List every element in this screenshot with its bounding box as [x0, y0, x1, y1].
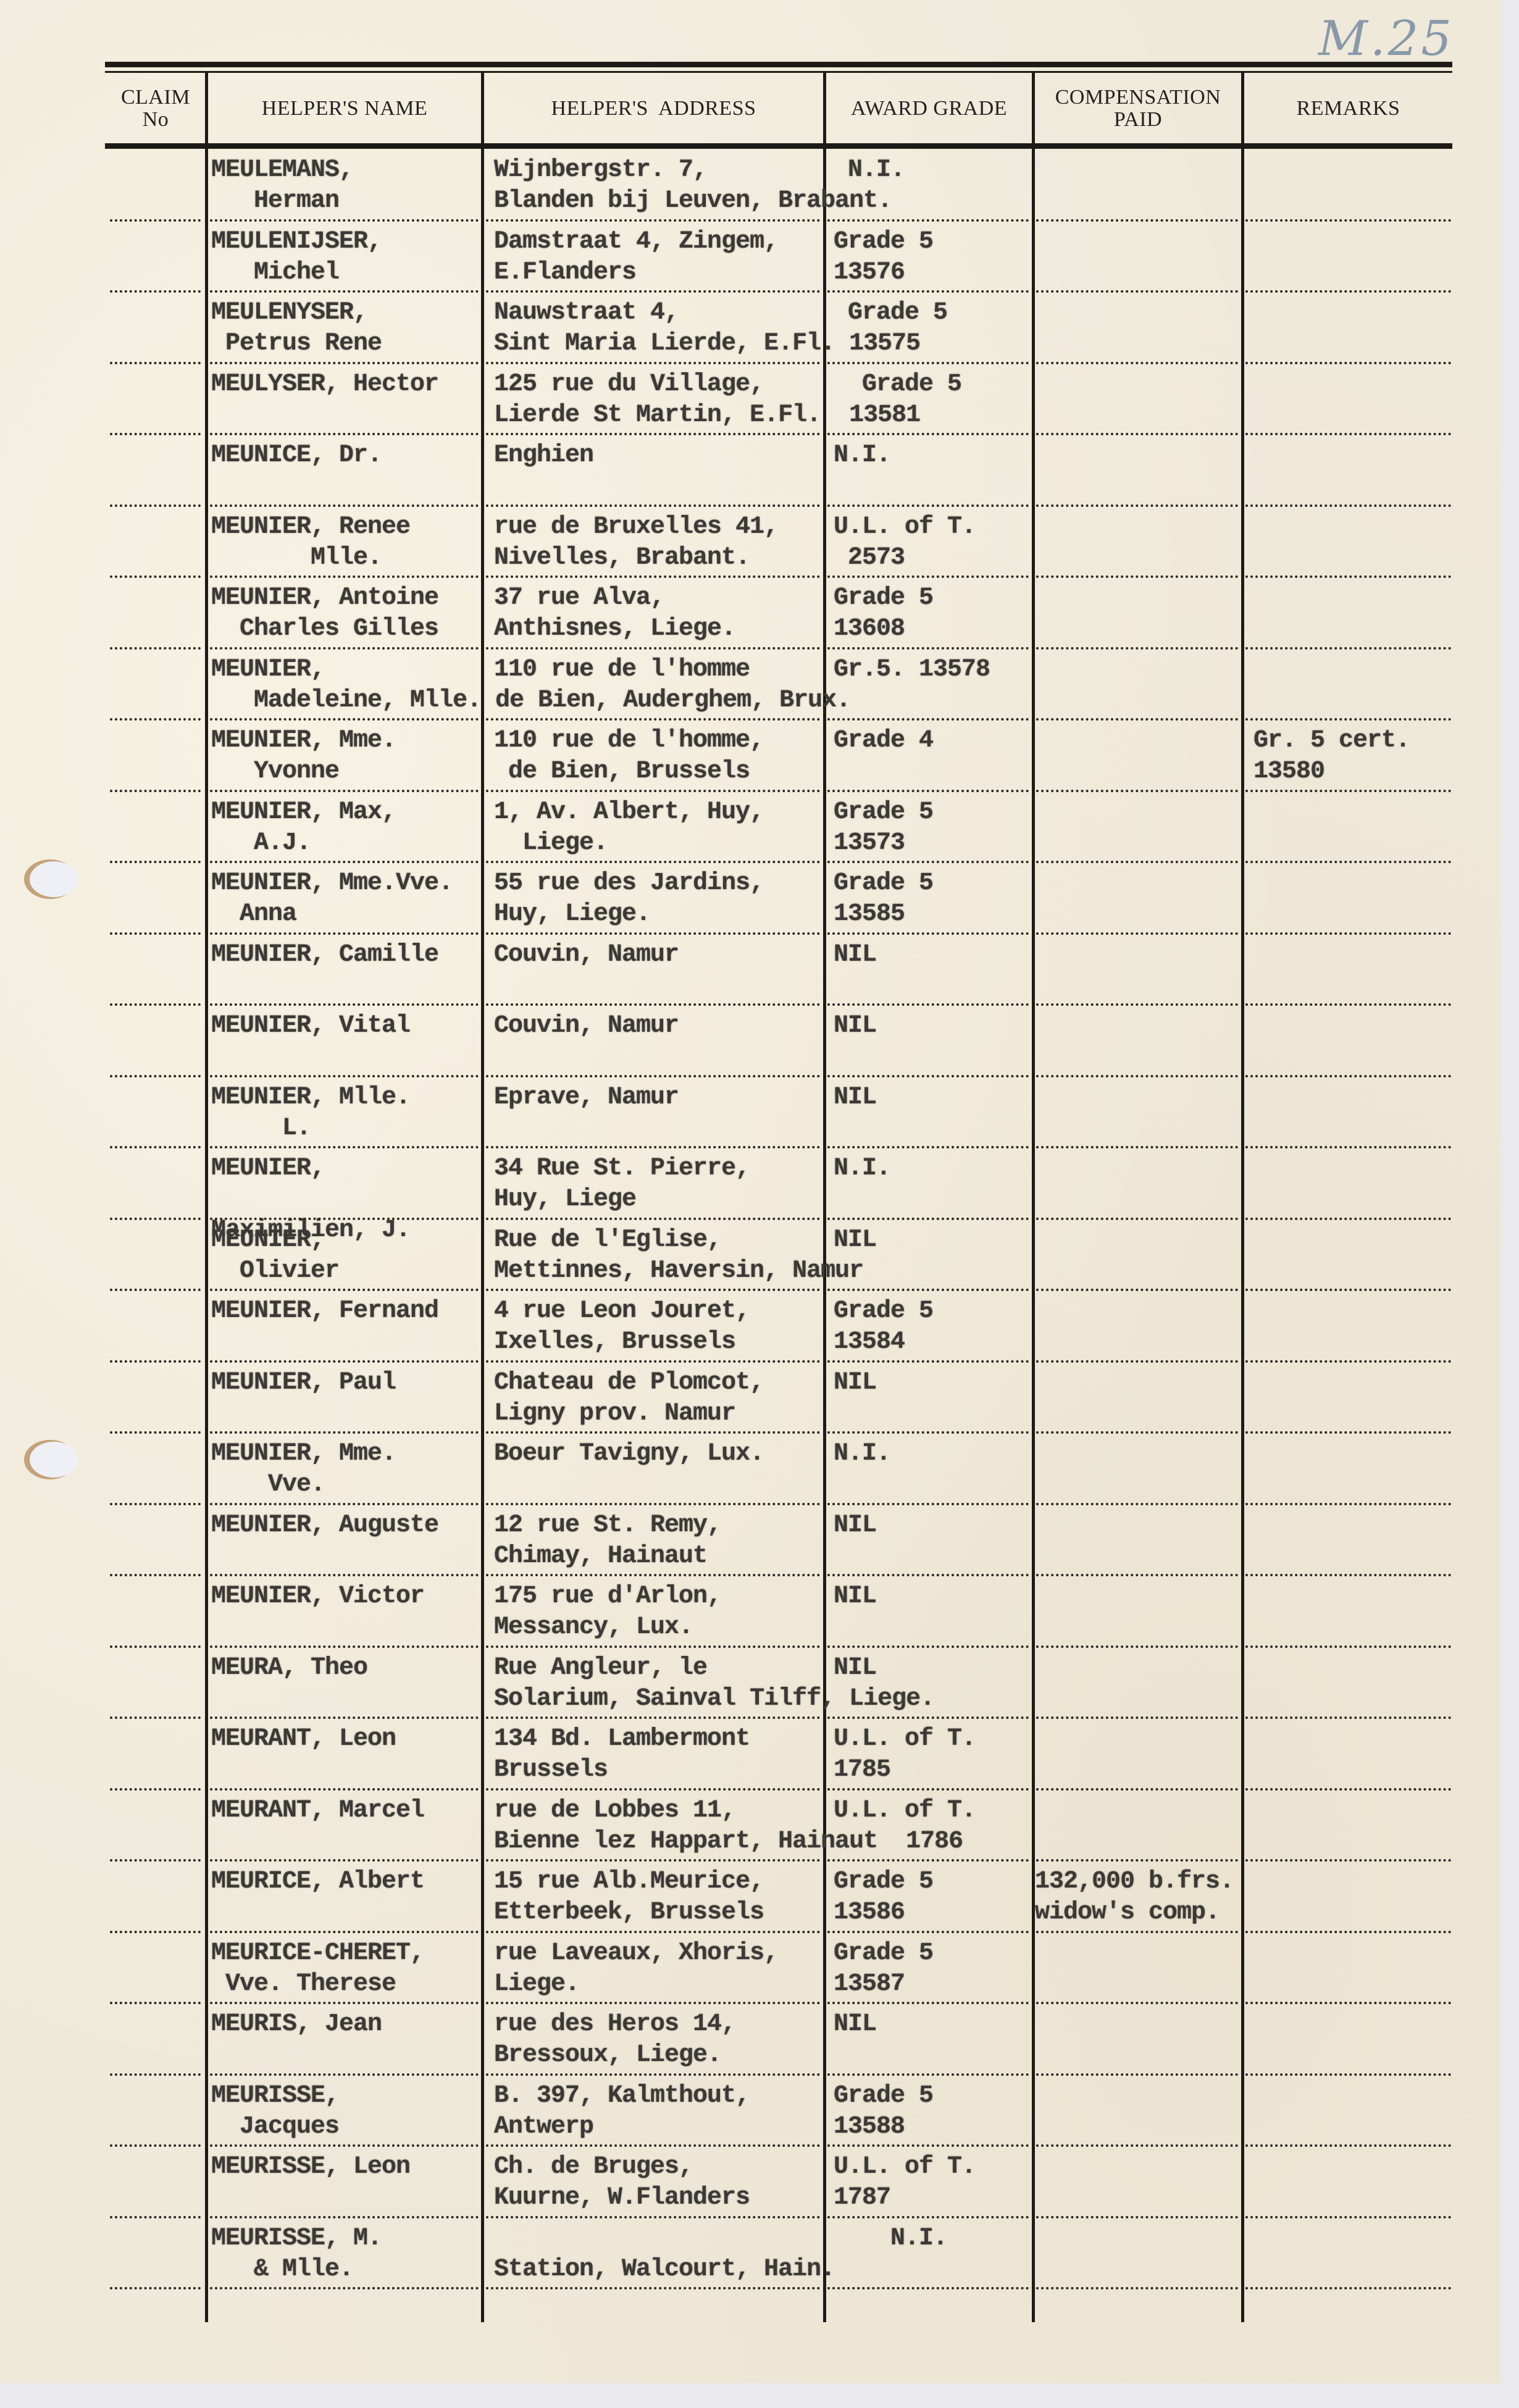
row-divider	[1036, 1645, 1238, 1648]
remarks: Gr. 5 cert. 13580	[1253, 725, 1410, 787]
row-divider	[486, 2073, 820, 2076]
row-divider	[210, 861, 479, 863]
row-divider	[827, 1218, 1029, 1220]
row-divider	[1036, 1146, 1238, 1148]
row-divider	[210, 1003, 479, 1006]
helper-address: Rue de l'Eglise, Mettinnes, Haversin, Na…	[494, 1225, 863, 1287]
row-divider	[827, 861, 1029, 863]
header-remarks: REMARKS	[1244, 74, 1452, 143]
helper-name: MEURISSE, Jacques	[211, 2081, 339, 2143]
column-divider	[1241, 72, 1244, 2322]
row-divider	[110, 718, 201, 721]
row-divider	[1036, 1360, 1238, 1363]
row-divider	[1036, 362, 1238, 364]
row-divider	[1245, 1003, 1451, 1006]
sheet-reference: M.25	[1318, 11, 1454, 67]
helper-address: Wijnbergstr. 7, Blanden bij Leuven, Brab…	[494, 155, 892, 217]
award-grade: N.I.	[834, 440, 890, 471]
helper-name: MEUNIER, Camille	[211, 940, 438, 971]
helper-name: MEUNIER, Victor	[211, 1581, 424, 1612]
award-grade: N.I.	[834, 1439, 890, 1469]
helper-address: Station, Walcourt, Hain.	[494, 2223, 835, 2285]
row-divider	[486, 219, 820, 222]
helper-address: 134 Bd. Lambermont Brussels	[494, 1724, 750, 1786]
row-divider	[210, 1146, 479, 1148]
award-grade: Grade 4	[834, 725, 933, 756]
helper-address: rue Laveaux, Xhoris, Liege.	[494, 1938, 778, 2000]
helper-name: MEURICE, Albert	[211, 1867, 424, 1897]
helper-name: MEUNIER, Renee Mlle.	[211, 512, 410, 574]
helper-address: Couvin, Namur	[494, 1011, 679, 1042]
row-divider	[1245, 861, 1451, 863]
row-divider	[1036, 647, 1238, 650]
row-divider	[1036, 433, 1238, 435]
row-divider	[1036, 2002, 1238, 2004]
row-divider	[110, 2287, 201, 2289]
header-bottom-rule	[105, 143, 1452, 149]
column-divider	[205, 72, 208, 2322]
helper-address: 175 rue d'Arlon, Messancy, Lux.	[494, 1581, 721, 1643]
row-divider	[827, 790, 1029, 792]
row-divider	[1245, 1075, 1451, 1077]
row-divider	[1036, 2287, 1238, 2289]
row-divider	[110, 1931, 201, 1933]
helper-name: MEULENIJSER, Michel	[211, 227, 382, 288]
row-divider	[1245, 718, 1451, 721]
helper-address: 12 rue St. Remy, Chimay, Hainaut	[494, 1510, 721, 1572]
helper-address: Ch. de Bruges, Kuurne, W.Flanders	[494, 2152, 750, 2214]
row-divider	[1036, 1859, 1238, 1862]
row-divider	[1036, 504, 1238, 507]
row-divider	[827, 1859, 1029, 1862]
row-divider	[1036, 1931, 1238, 1933]
row-divider	[1245, 647, 1451, 650]
row-divider	[827, 433, 1029, 435]
row-divider	[210, 1431, 479, 1434]
helper-name: MEUNIER, Mme. Yvonne	[211, 725, 396, 787]
row-divider	[486, 1931, 820, 1933]
row-divider	[1036, 1003, 1238, 1006]
row-divider	[1245, 790, 1451, 792]
punch-hole	[30, 861, 78, 897]
row-divider	[110, 790, 201, 792]
row-divider	[486, 433, 820, 435]
helper-name: MEUNIER, Antoine Charles Gilles	[211, 583, 438, 645]
row-divider	[486, 1003, 820, 1006]
helper-name: MEUNIER, Paul	[211, 1368, 396, 1398]
row-divider	[1036, 932, 1238, 935]
row-divider	[827, 504, 1029, 507]
row-divider	[827, 290, 1029, 293]
row-divider	[827, 1146, 1029, 1148]
row-divider	[210, 1716, 479, 1719]
award-grade: NIL	[834, 1225, 876, 1256]
row-divider	[1036, 2144, 1238, 2147]
row-divider	[1245, 433, 1451, 435]
award-grade: NIL	[834, 1510, 876, 1541]
header-compensation-paid: COMPENSATION PAID	[1035, 74, 1241, 143]
column-divider	[1032, 72, 1035, 2322]
row-divider	[210, 1931, 479, 1933]
row-divider	[827, 219, 1029, 222]
punch-hole	[30, 1442, 78, 1478]
row-divider	[827, 932, 1029, 935]
row-divider	[110, 504, 201, 507]
row-divider	[827, 1431, 1029, 1434]
row-divider	[210, 433, 479, 435]
award-grade: NIL	[834, 1368, 876, 1398]
helper-name: MEUNIER, Auguste	[211, 1510, 438, 1541]
header-claim-no: CLAIM No	[106, 74, 205, 143]
helper-address: 34 Rue St. Pierre, Huy, Liege	[494, 1153, 750, 1215]
award-grade: NIL	[834, 1581, 876, 1612]
row-divider	[1036, 1574, 1238, 1576]
award-grade: Grade 5 13588	[834, 2081, 933, 2143]
award-grade: Grade 5 13587	[834, 1938, 933, 2000]
row-divider	[486, 1503, 820, 1505]
helper-address: Enghien	[494, 440, 593, 471]
row-divider	[210, 932, 479, 935]
row-divider	[1245, 1788, 1451, 1791]
row-divider	[486, 362, 820, 364]
award-grade: N.I.	[834, 2223, 947, 2254]
row-divider	[827, 575, 1029, 578]
row-divider	[1036, 1218, 1238, 1220]
award-grade: Gr.5. 13578	[834, 654, 990, 685]
helper-address: Damstraat 4, Zingem, E.Flanders	[494, 227, 778, 288]
helper-name: MEUNIER, Mme. Vve.	[211, 1439, 396, 1500]
row-divider	[827, 1075, 1029, 1077]
row-divider	[486, 932, 820, 935]
row-divider	[1245, 290, 1451, 293]
award-grade: NIL	[834, 1653, 876, 1684]
row-divider	[827, 2287, 1029, 2289]
row-divider	[110, 1431, 201, 1434]
helper-name: MEUNIER, Fernand	[211, 1296, 438, 1327]
helper-name: MEURA, Theo	[211, 1653, 367, 1684]
row-divider	[486, 1716, 820, 1719]
row-divider	[827, 1645, 1029, 1648]
row-divider	[1036, 1788, 1238, 1791]
row-divider	[110, 1003, 201, 1006]
row-divider	[486, 790, 820, 792]
row-divider	[1245, 1218, 1451, 1220]
row-divider	[486, 1289, 820, 1291]
top-rule-thick	[105, 62, 1452, 67]
row-divider	[1245, 362, 1451, 364]
row-divider	[486, 1146, 820, 1148]
row-divider	[827, 2216, 1029, 2218]
row-divider	[1245, 1716, 1451, 1719]
row-divider	[1036, 1716, 1238, 1719]
helper-address: 110 rue de l'homme, de Bien, Brussels	[494, 725, 764, 787]
row-divider	[827, 1003, 1029, 1006]
row-divider	[210, 362, 479, 364]
helper-name: MEURICE-CHERET, Vve. Therese	[211, 1938, 424, 2000]
row-divider	[1245, 1289, 1451, 1291]
header-helpers-address: HELPER'S ADDRESS	[484, 74, 823, 143]
row-divider	[210, 2216, 479, 2218]
helper-name: MEUNIER, Vital	[211, 1011, 410, 1042]
award-grade: Grade 5	[834, 369, 961, 400]
helper-name: MEURISSE, M. & Mlle.	[211, 2223, 382, 2285]
row-divider	[1036, 219, 1238, 222]
helper-name: MEUNIER, Mme.Vve. Anna	[211, 868, 453, 930]
row-divider	[1245, 575, 1451, 578]
helper-name: MEUNIER, Olivier	[211, 1225, 339, 1287]
helper-address: 4 rue Leon Jouret, Ixelles, Brussels	[494, 1296, 750, 1358]
row-divider	[1245, 1503, 1451, 1505]
helper-name: MEURIS, Jean	[211, 2009, 382, 2040]
helper-name: MEUNIER, Max, A.J.	[211, 797, 396, 859]
row-divider	[110, 290, 201, 293]
row-divider	[110, 1289, 201, 1291]
row-divider	[827, 1289, 1029, 1291]
helper-name: MEULYSER, Hector	[211, 369, 438, 400]
row-divider	[210, 290, 479, 293]
row-divider	[1245, 2073, 1451, 2076]
row-divider	[1245, 1431, 1451, 1434]
row-divider	[1036, 1075, 1238, 1077]
row-divider	[210, 504, 479, 507]
row-divider	[110, 1574, 201, 1576]
row-divider	[110, 433, 201, 435]
award-grade: Grade 5 13586	[834, 1867, 933, 1928]
row-divider	[110, 1075, 201, 1077]
row-divider	[1245, 932, 1451, 935]
row-divider	[1036, 2073, 1238, 2076]
row-divider	[110, 575, 201, 578]
helper-address: rue des Heros 14, Bressoux, Liege.	[494, 2009, 735, 2071]
row-divider	[210, 1574, 479, 1576]
row-divider	[110, 647, 201, 650]
row-divider	[210, 2144, 479, 2147]
row-divider	[210, 1218, 479, 1220]
row-divider	[210, 219, 479, 222]
row-divider	[210, 1859, 479, 1862]
record-sheet: M.25 CLAIM No HELPER'S NAME HELPER'S ADD…	[0, 0, 1500, 2383]
award-grade: Grade 5 13576	[834, 227, 933, 288]
award-grade: U.L. of T. 1787	[834, 2152, 976, 2214]
row-divider	[486, 1075, 820, 1077]
row-divider	[210, 2287, 479, 2289]
row-divider	[110, 1859, 201, 1862]
row-divider	[486, 861, 820, 863]
row-divider	[1036, 575, 1238, 578]
helper-address: 110 rue de l'homme	[494, 654, 750, 685]
row-divider	[110, 1645, 201, 1648]
award-grade: Grade 5	[834, 298, 947, 328]
helper-name: MEURISSE, Leon	[211, 2152, 410, 2183]
helper-name: MEULENYSER, Petrus Rene	[211, 298, 382, 359]
row-divider	[1245, 219, 1451, 222]
row-divider	[827, 1574, 1029, 1576]
award-grade: NIL	[834, 1082, 876, 1113]
row-divider	[110, 219, 201, 222]
row-divider	[110, 932, 201, 935]
row-divider	[210, 2073, 479, 2076]
row-divider	[1036, 1503, 1238, 1505]
row-divider	[486, 718, 820, 721]
row-divider	[1036, 790, 1238, 792]
row-divider	[1245, 2287, 1451, 2289]
award-grade: N.I.	[834, 1153, 890, 1184]
row-divider	[210, 575, 479, 578]
helper-address: Chateau de Plomcot, Ligny prov. Namur	[494, 1368, 764, 1429]
helper-address: 15 rue Alb.Meurice, Etterbeek, Brussels	[494, 1867, 764, 1928]
award-grade: U.L. of T. 2573	[834, 512, 976, 574]
row-divider	[486, 2287, 820, 2289]
row-divider	[1245, 1859, 1451, 1862]
row-divider	[110, 2073, 201, 2076]
row-divider	[110, 1716, 201, 1719]
row-divider	[210, 718, 479, 721]
row-divider	[110, 2002, 201, 2004]
row-divider	[827, 718, 1029, 721]
row-divider	[486, 1360, 820, 1363]
helper-name: MEUNIER, Mlle. L.	[211, 1082, 410, 1144]
row-divider	[486, 290, 820, 293]
row-divider	[210, 1788, 479, 1791]
row-divider	[110, 1218, 201, 1220]
row-divider	[827, 2073, 1029, 2076]
row-divider	[210, 1289, 479, 1291]
helper-name: MEURANT, Marcel	[211, 1796, 424, 1826]
helper-address: Couvin, Namur	[494, 940, 679, 971]
row-divider	[486, 2144, 820, 2147]
row-divider	[827, 1360, 1029, 1363]
row-divider	[210, 1645, 479, 1648]
row-divider	[110, 2216, 201, 2218]
helper-address: B. 397, Kalmthout, Antwerp	[494, 2081, 750, 2143]
row-divider	[827, 647, 1029, 650]
award-grade: U.L. of T.	[834, 1796, 976, 1826]
helper-address: 37 rue Alva, Anthisnes, Liege.	[494, 583, 735, 645]
row-divider	[110, 1503, 201, 1505]
row-divider	[1245, 1360, 1451, 1363]
helper-address: 1, Av. Albert, Huy, Liege.	[494, 797, 764, 859]
row-divider	[210, 1503, 479, 1505]
row-divider	[486, 1645, 820, 1648]
award-grade: Grade 5 13584	[834, 1296, 933, 1358]
row-divider	[486, 575, 820, 578]
helper-address: rue de Bruxelles 41, Nivelles, Brabant.	[494, 512, 778, 574]
row-divider	[1245, 1645, 1451, 1648]
helper-name: MEUNICE, Dr.	[211, 440, 382, 471]
row-divider	[486, 2002, 820, 2004]
row-divider	[1036, 1289, 1238, 1291]
helper-name: MEULEMANS, Herman	[211, 155, 353, 217]
row-divider	[1036, 861, 1238, 863]
row-divider	[1245, 1574, 1451, 1576]
row-divider	[827, 2144, 1029, 2147]
row-divider	[827, 1788, 1029, 1791]
award-grade: Grade 5 13608	[834, 583, 933, 645]
top-rule-thin	[105, 71, 1452, 73]
row-divider	[1036, 1431, 1238, 1434]
award-grade: Grade 5 13573	[834, 797, 933, 859]
row-divider	[486, 2216, 820, 2218]
row-divider	[210, 1360, 479, 1363]
helper-address: Boeur Tavigny, Lux.	[494, 1439, 764, 1469]
row-divider	[210, 647, 479, 650]
header-award-grade: AWARD GRADE	[826, 74, 1032, 143]
helper-name: MEURANT, Leon	[211, 1724, 396, 1755]
award-grade: N.I.	[834, 155, 905, 186]
helper-address: Eprave, Namur	[494, 1082, 679, 1113]
row-divider	[210, 1075, 479, 1077]
header-helpers-name: HELPER'S NAME	[208, 74, 481, 143]
award-grade: NIL	[834, 1011, 876, 1042]
row-divider	[1245, 2216, 1451, 2218]
row-divider	[1245, 2002, 1451, 2004]
row-divider	[110, 1146, 201, 1148]
compensation-paid: 132,000 b.frs. widow's comp.	[1035, 1867, 1234, 1928]
row-divider	[1036, 718, 1238, 721]
row-divider	[486, 647, 820, 650]
helper-address: 55 rue des Jardins, Huy, Liege.	[494, 868, 764, 930]
column-divider	[481, 72, 484, 2322]
row-divider	[110, 861, 201, 863]
row-divider	[1245, 504, 1451, 507]
row-divider	[827, 1716, 1029, 1719]
award-grade: U.L. of T. 1785	[834, 1724, 976, 1786]
award-grade: NIL	[834, 2009, 876, 2040]
row-divider	[827, 1931, 1029, 1933]
row-divider	[1036, 2216, 1238, 2218]
row-divider	[486, 504, 820, 507]
row-divider	[827, 2002, 1029, 2004]
row-divider	[110, 1360, 201, 1363]
row-divider	[1245, 1146, 1451, 1148]
row-divider	[827, 362, 1029, 364]
row-divider	[486, 1788, 820, 1791]
row-divider	[110, 362, 201, 364]
row-divider	[486, 1859, 820, 1862]
row-divider	[1036, 290, 1238, 293]
row-divider	[210, 2002, 479, 2004]
award-grade: Grade 5 13585	[834, 868, 933, 930]
row-divider	[827, 1503, 1029, 1505]
row-divider	[486, 1218, 820, 1220]
row-divider	[210, 790, 479, 792]
row-divider	[486, 1431, 820, 1434]
row-divider	[1245, 2144, 1451, 2147]
row-divider	[1245, 1931, 1451, 1933]
row-divider	[110, 2144, 201, 2147]
award-grade: NIL	[834, 940, 876, 971]
row-divider	[486, 1574, 820, 1576]
row-divider	[110, 1788, 201, 1791]
